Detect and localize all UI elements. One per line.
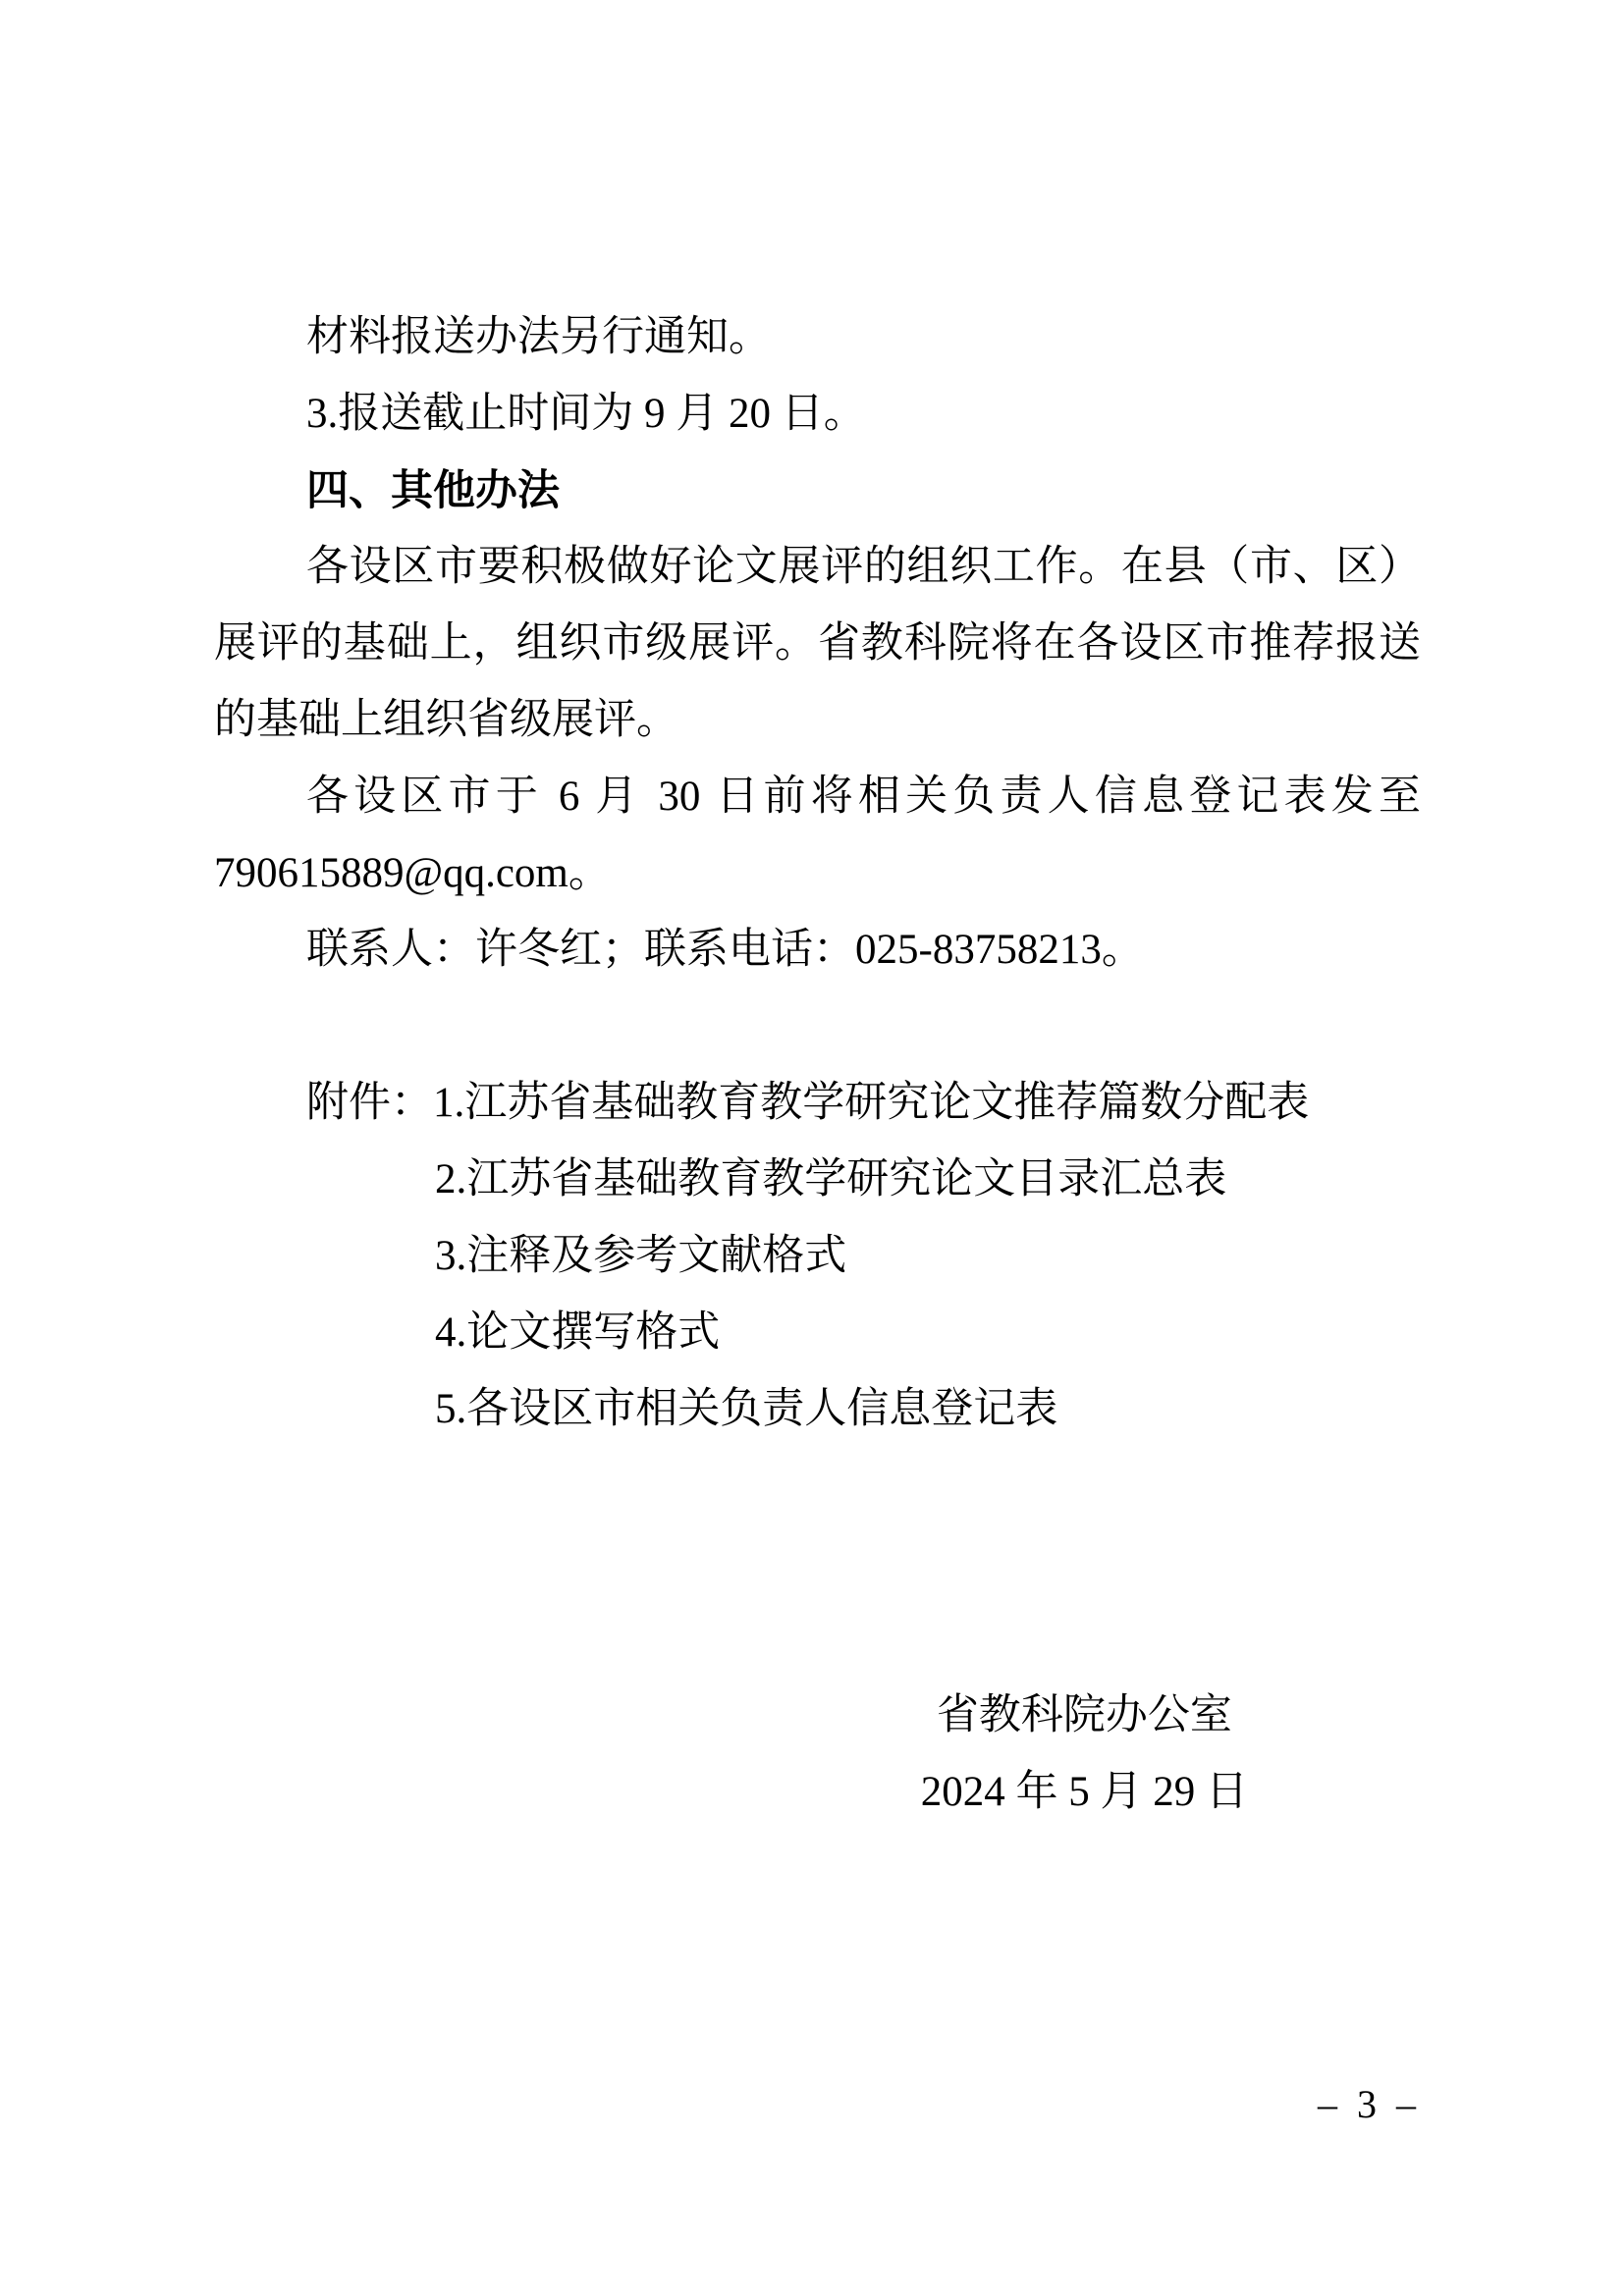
section-heading: 四、其他办法 xyxy=(214,453,1421,529)
signature-date: 2024 年 5 月 29 日 xyxy=(921,1754,1248,1831)
paragraph-organization-line1: 各设区市要积极做好论文展评的组织工作。在县（市、区） xyxy=(214,529,1421,606)
paragraph-organization-line2: 展评的基础上，组织市级展评。省教科院将在各设区市推荐报送 xyxy=(214,606,1421,682)
document-body: 材料报送办法另行通知。 3.报送截止时间为 9 月 20 日。 四、其他办法 各… xyxy=(214,299,1421,1831)
paragraph-organization-line3: 的基础上组织省级展评。 xyxy=(214,682,1421,759)
carryover-line: 材料报送办法另行通知。 xyxy=(214,299,1421,376)
attachment-label: 附件： xyxy=(306,1080,433,1126)
deadline-line: 3.报送截止时间为 9 月 20 日。 xyxy=(214,376,1421,453)
page-number: – 3 – xyxy=(1318,2083,1421,2126)
attachment-item-1: 1.江苏省基础教育教学研究论文推荐篇数分配表 xyxy=(433,1080,1309,1126)
document-page: 材料报送办法另行通知。 3.报送截止时间为 9 月 20 日。 四、其他办法 各… xyxy=(0,0,1624,2296)
attachment-line-1: 附件：1.江苏省基础教育教学研究论文推荐篇数分配表 xyxy=(214,1065,1421,1142)
paragraph-submission-line1: 各设区市于 6 月 30 日前将相关负责人信息登记表发至 xyxy=(214,759,1421,835)
attachment-item-4: 4.论文撰写格式 xyxy=(214,1295,1421,1371)
attachment-item-2: 2.江苏省基础教育教学研究论文目录汇总表 xyxy=(214,1142,1421,1218)
signature-org: 省教科院办公室 xyxy=(921,1678,1248,1754)
blank-line xyxy=(214,988,1421,1065)
contact-line: 联系人：许冬红；联系电话：025-83758213。 xyxy=(214,912,1421,988)
signature-block: 省教科院办公室 2024 年 5 月 29 日 xyxy=(921,1678,1248,1831)
email-line: 790615889@qq.com。 xyxy=(214,835,1421,912)
attachment-item-5: 5.各设区市相关负责人信息登记表 xyxy=(214,1371,1421,1448)
attachment-item-3: 3.注释及参考文献格式 xyxy=(214,1218,1421,1295)
